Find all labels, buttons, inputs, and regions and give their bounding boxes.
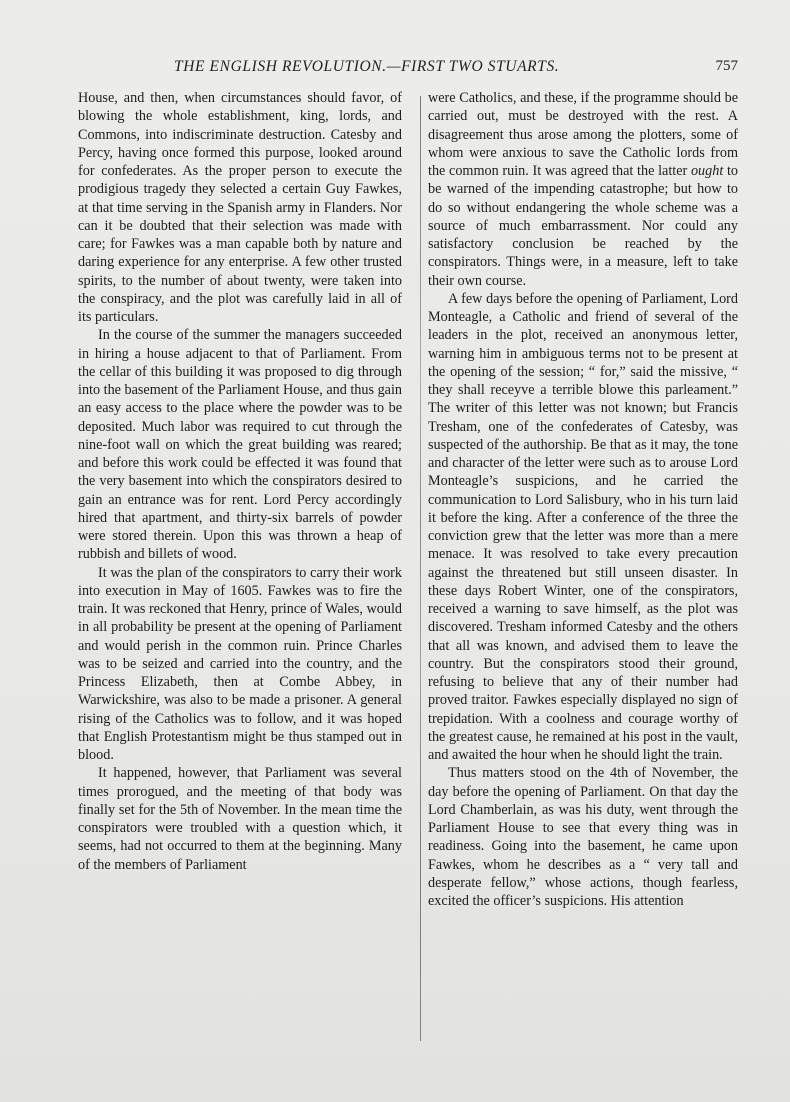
paragraph: It happened, however, that Parliament wa… <box>78 764 402 874</box>
emphasis-text: ought <box>691 163 723 179</box>
paragraph-text: to be warned of the impending catastroph… <box>428 163 738 289</box>
column-divider <box>420 96 421 1041</box>
book-page: THE ENGLISH REVOLUTION.—FIRST TWO STUART… <box>0 0 790 1102</box>
page-number: 757 <box>716 58 739 75</box>
paragraph: In the course of the summer the managers… <box>78 326 402 563</box>
paragraph: A few days before the opening of Parliam… <box>428 290 738 765</box>
right-column: were Catholics, and these, if the progra… <box>428 89 738 910</box>
paragraph: House, and then, when circumstances shou… <box>78 89 402 326</box>
paragraph: were Catholics, and these, if the progra… <box>428 89 738 290</box>
left-column: House, and then, when circumstances shou… <box>78 89 402 874</box>
paragraph: It was the plan of the conspirators to c… <box>78 564 402 765</box>
running-title: THE ENGLISH REVOLUTION.—FIRST TWO STUART… <box>174 58 559 76</box>
running-head: THE ENGLISH REVOLUTION.—FIRST TWO STUART… <box>78 58 738 80</box>
paragraph: Thus matters stood on the 4th of Novembe… <box>428 764 738 910</box>
